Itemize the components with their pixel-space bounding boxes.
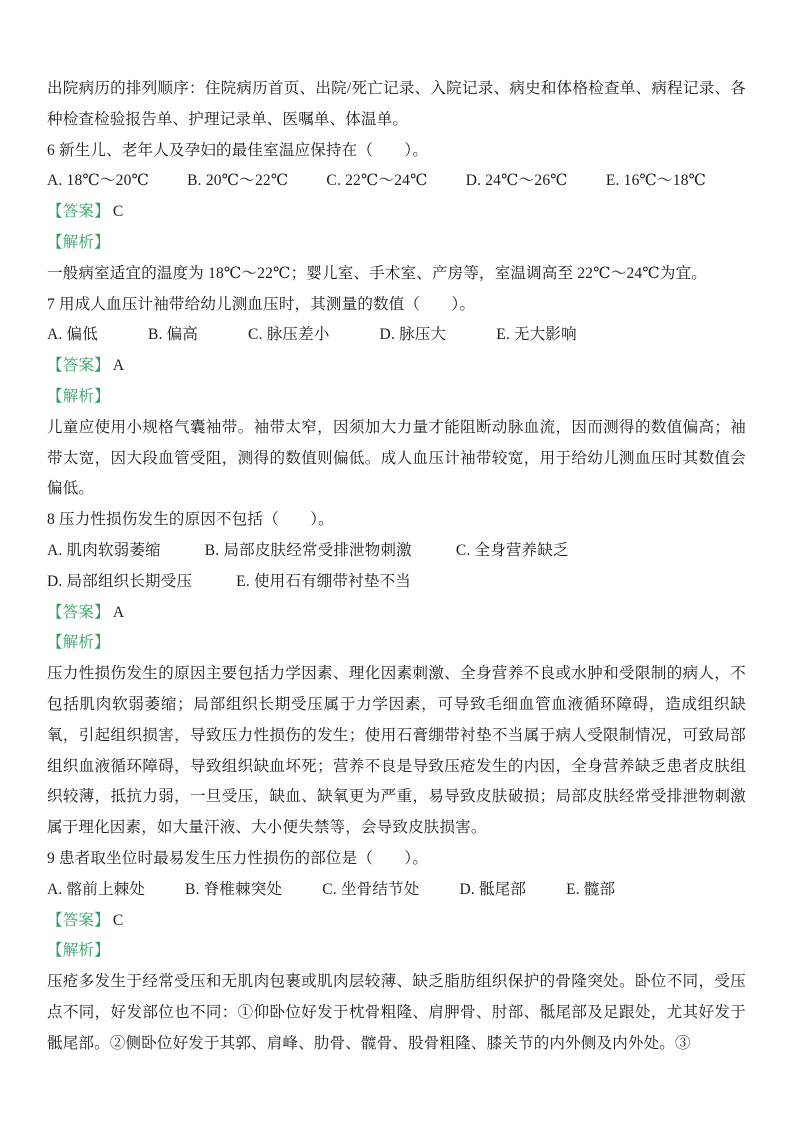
option-e: E. 无大影响	[496, 320, 577, 351]
answer-label: 【答案】	[47, 357, 110, 374]
option-a: A. 18℃～20℃	[47, 166, 149, 197]
option-b: B. 偏高	[148, 320, 198, 351]
options-row: A. 肌肉软弱萎缩 B. 局部皮肤经常受排泄物刺激 C. 全身营养缺乏	[47, 536, 746, 567]
option-a: A. 髂前上棘处	[47, 875, 145, 906]
option-c: C. 坐骨结节处	[322, 875, 419, 906]
analysis-label: 【解析】	[47, 628, 746, 659]
answer-value: A	[110, 357, 124, 374]
option-b: B. 20℃～22℃	[187, 166, 288, 197]
option-b: B. 局部皮肤经常受排泄物刺激	[205, 536, 412, 567]
option-b: B. 脊椎棘突处	[185, 875, 282, 906]
analysis-label: 【解析】	[47, 936, 746, 967]
question-block-9: 9 患者取坐位时最易发生压力性损伤的部位是（ ）。 A. 髂前上棘处 B. 脊椎…	[47, 844, 746, 1060]
document-page: 出院病历的排列顺序：住院病历首页、出院/死亡记录、入院记录、病史和体格检查单、病…	[0, 0, 793, 1122]
analysis-paragraph: 一般病室适宜的温度为 18℃～22℃；婴儿室、手术室、产房等，室温调高至 22℃…	[47, 259, 746, 290]
option-e: E. 使用石有绷带衬垫不当	[236, 567, 411, 598]
option-c: C. 22℃～24℃	[326, 166, 427, 197]
option-c: C. 脉压差小	[248, 320, 330, 351]
answer-line: 【答案】C	[47, 906, 746, 937]
option-d: D. 24℃～26℃	[466, 166, 568, 197]
options-row: A. 18℃～20℃ B. 20℃～22℃ C. 22℃～24℃ D. 24℃～…	[47, 166, 746, 197]
answer-label: 【答案】	[47, 912, 110, 929]
question-stem: 8 压力性损伤发生的原因不包括（ ）。	[47, 505, 746, 536]
question-block-8: 8 压力性损伤发生的原因不包括（ ）。 A. 肌肉软弱萎缩 B. 局部皮肤经常受…	[47, 505, 746, 844]
answer-label: 【答案】	[47, 604, 110, 621]
answer-line: 【答案】A	[47, 598, 746, 629]
intro-paragraph: 出院病历的排列顺序：住院病历首页、出院/死亡记录、入院记录、病史和体格检查单、病…	[47, 74, 746, 136]
option-a: A. 偏低	[47, 320, 98, 351]
question-stem: 7 用成人血压计袖带给幼儿测血压时，其测量的数值（ ）。	[47, 290, 746, 321]
analysis-paragraph: 压力性损伤发生的原因主要包括力学因素、理化因素刺激、全身营养不良或水肿和受限制的…	[47, 659, 746, 844]
answer-value: C	[110, 203, 124, 220]
question-stem: 6 新生儿、老年人及孕妇的最佳室温应保持在（ ）。	[47, 136, 746, 167]
option-e: E. 16℃～18℃	[606, 166, 706, 197]
option-e: E. 髋部	[566, 875, 615, 906]
question-block-6: 6 新生儿、老年人及孕妇的最佳室温应保持在（ ）。 A. 18℃～20℃ B. …	[47, 136, 746, 290]
answer-label: 【答案】	[47, 203, 110, 220]
answer-value: A	[110, 604, 124, 621]
options-row: A. 偏低 B. 偏高 C. 脉压差小 D. 脉压大 E. 无大影响	[47, 320, 746, 351]
analysis-paragraph: 儿童应使用小规格气囊袖带。袖带太窄，因须加大力量才能阻断动脉血流，因而测得的数值…	[47, 413, 746, 505]
option-d: D. 骶尾部	[459, 875, 526, 906]
options-row: A. 髂前上棘处 B. 脊椎棘突处 C. 坐骨结节处 D. 骶尾部 E. 髋部	[47, 875, 746, 906]
analysis-label: 【解析】	[47, 382, 746, 413]
answer-line: 【答案】A	[47, 351, 746, 382]
option-d: D. 局部组织长期受压	[47, 567, 192, 598]
option-c: C. 全身营养缺乏	[456, 536, 569, 567]
option-d: D. 脉压大	[380, 320, 447, 351]
question-block-7: 7 用成人血压计袖带给幼儿测血压时，其测量的数值（ ）。 A. 偏低 B. 偏高…	[47, 290, 746, 506]
answer-line: 【答案】C	[47, 197, 746, 228]
option-a: A. 肌肉软弱萎缩	[47, 536, 161, 567]
answer-value: C	[110, 912, 124, 929]
exam-document: 出院病历的排列顺序：住院病历首页、出院/死亡记录、入院记录、病史和体格检查单、病…	[47, 74, 746, 1060]
question-stem: 9 患者取坐位时最易发生压力性损伤的部位是（ ）。	[47, 844, 746, 875]
options-row: D. 局部组织长期受压 E. 使用石有绷带衬垫不当	[47, 567, 746, 598]
analysis-paragraph: 压疮多发生于经常受压和无肌肉包裹或肌肉层较薄、缺乏脂肪组织保护的骨隆突处。卧位不…	[47, 967, 746, 1059]
analysis-label: 【解析】	[47, 228, 746, 259]
